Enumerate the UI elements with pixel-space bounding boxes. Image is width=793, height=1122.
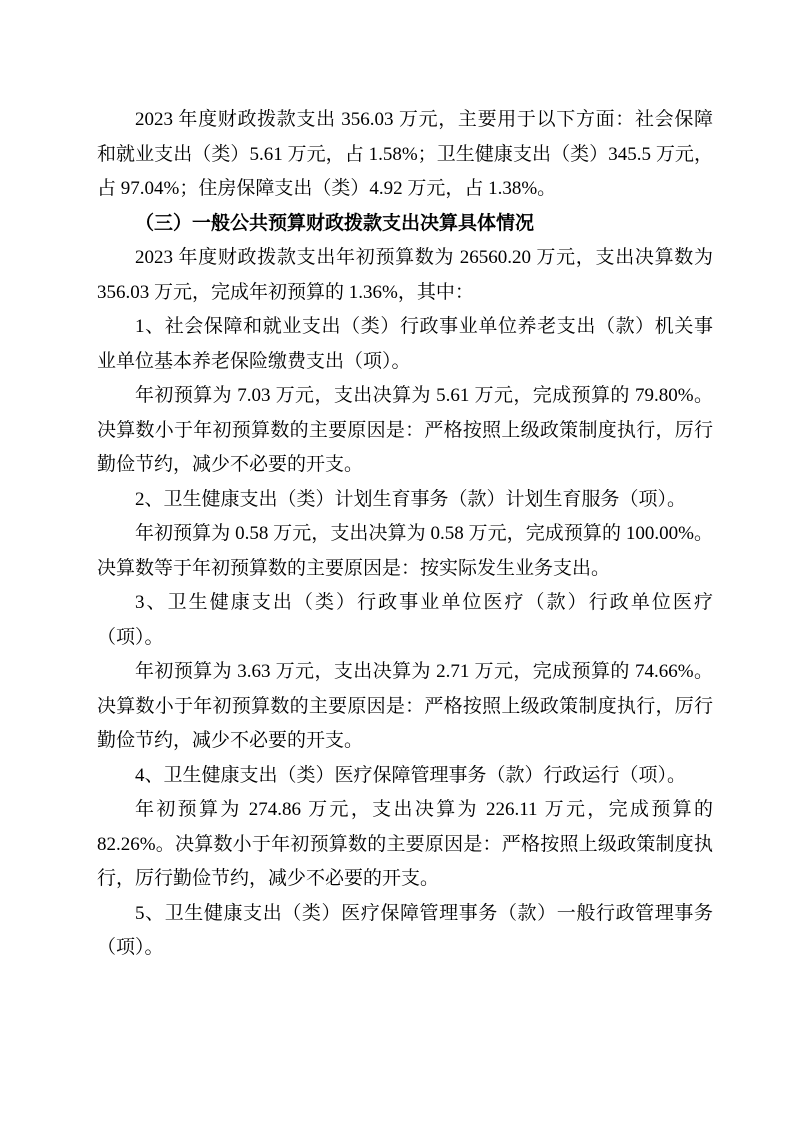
para-item-4-detail: 年初预算为 274.86 万元，支出决算为 226.11 万元，完成预算的 82…: [97, 793, 713, 897]
para-item-3-title: 3、卫生健康支出（类）行政事业单位医疗（款）行政单位医疗（项）。: [97, 586, 713, 655]
section-heading: （三）一般公共预算财政拨款支出决算具体情况: [97, 207, 713, 242]
para-item-1-detail: 年初预算为 7.03 万元，支出决算为 5.61 万元，完成预算的 79.80%…: [97, 379, 713, 483]
para-item-1-title: 1、社会保障和就业支出（类）行政事业单位养老支出（款）机关事业单位基本养老保险缴…: [97, 310, 713, 379]
para-item-3-detail: 年初预算为 3.63 万元，支出决算为 2.71 万元，完成预算的 74.66%…: [97, 655, 713, 759]
para-budget-summary: 2023 年度财政拨款支出年初预算数为 26560.20 万元，支出决算数为 3…: [97, 241, 713, 310]
para-item-5-title: 5、卫生健康支出（类）医疗保障管理事务（款）一般行政管理事务（项）。: [97, 897, 713, 966]
para-expenditure-overview: 2023 年度财政拨款支出 356.03 万元，主要用于以下方面：社会保障和就业…: [97, 103, 713, 207]
para-item-2-detail: 年初预算为 0.58 万元，支出决算为 0.58 万元，完成预算的 100.00…: [97, 517, 713, 586]
para-item-4-title: 4、卫生健康支出（类）医疗保障管理事务（款）行政运行（项）。: [97, 759, 713, 794]
page-content: 2023 年度财政拨款支出 356.03 万元，主要用于以下方面：社会保障和就业…: [97, 103, 713, 966]
para-item-2-title: 2、卫生健康支出（类）计划生育事务（款）计划生育服务（项）。: [97, 483, 713, 518]
document-page: 2023 年度财政拨款支出 356.03 万元，主要用于以下方面：社会保障和就业…: [0, 0, 793, 1122]
